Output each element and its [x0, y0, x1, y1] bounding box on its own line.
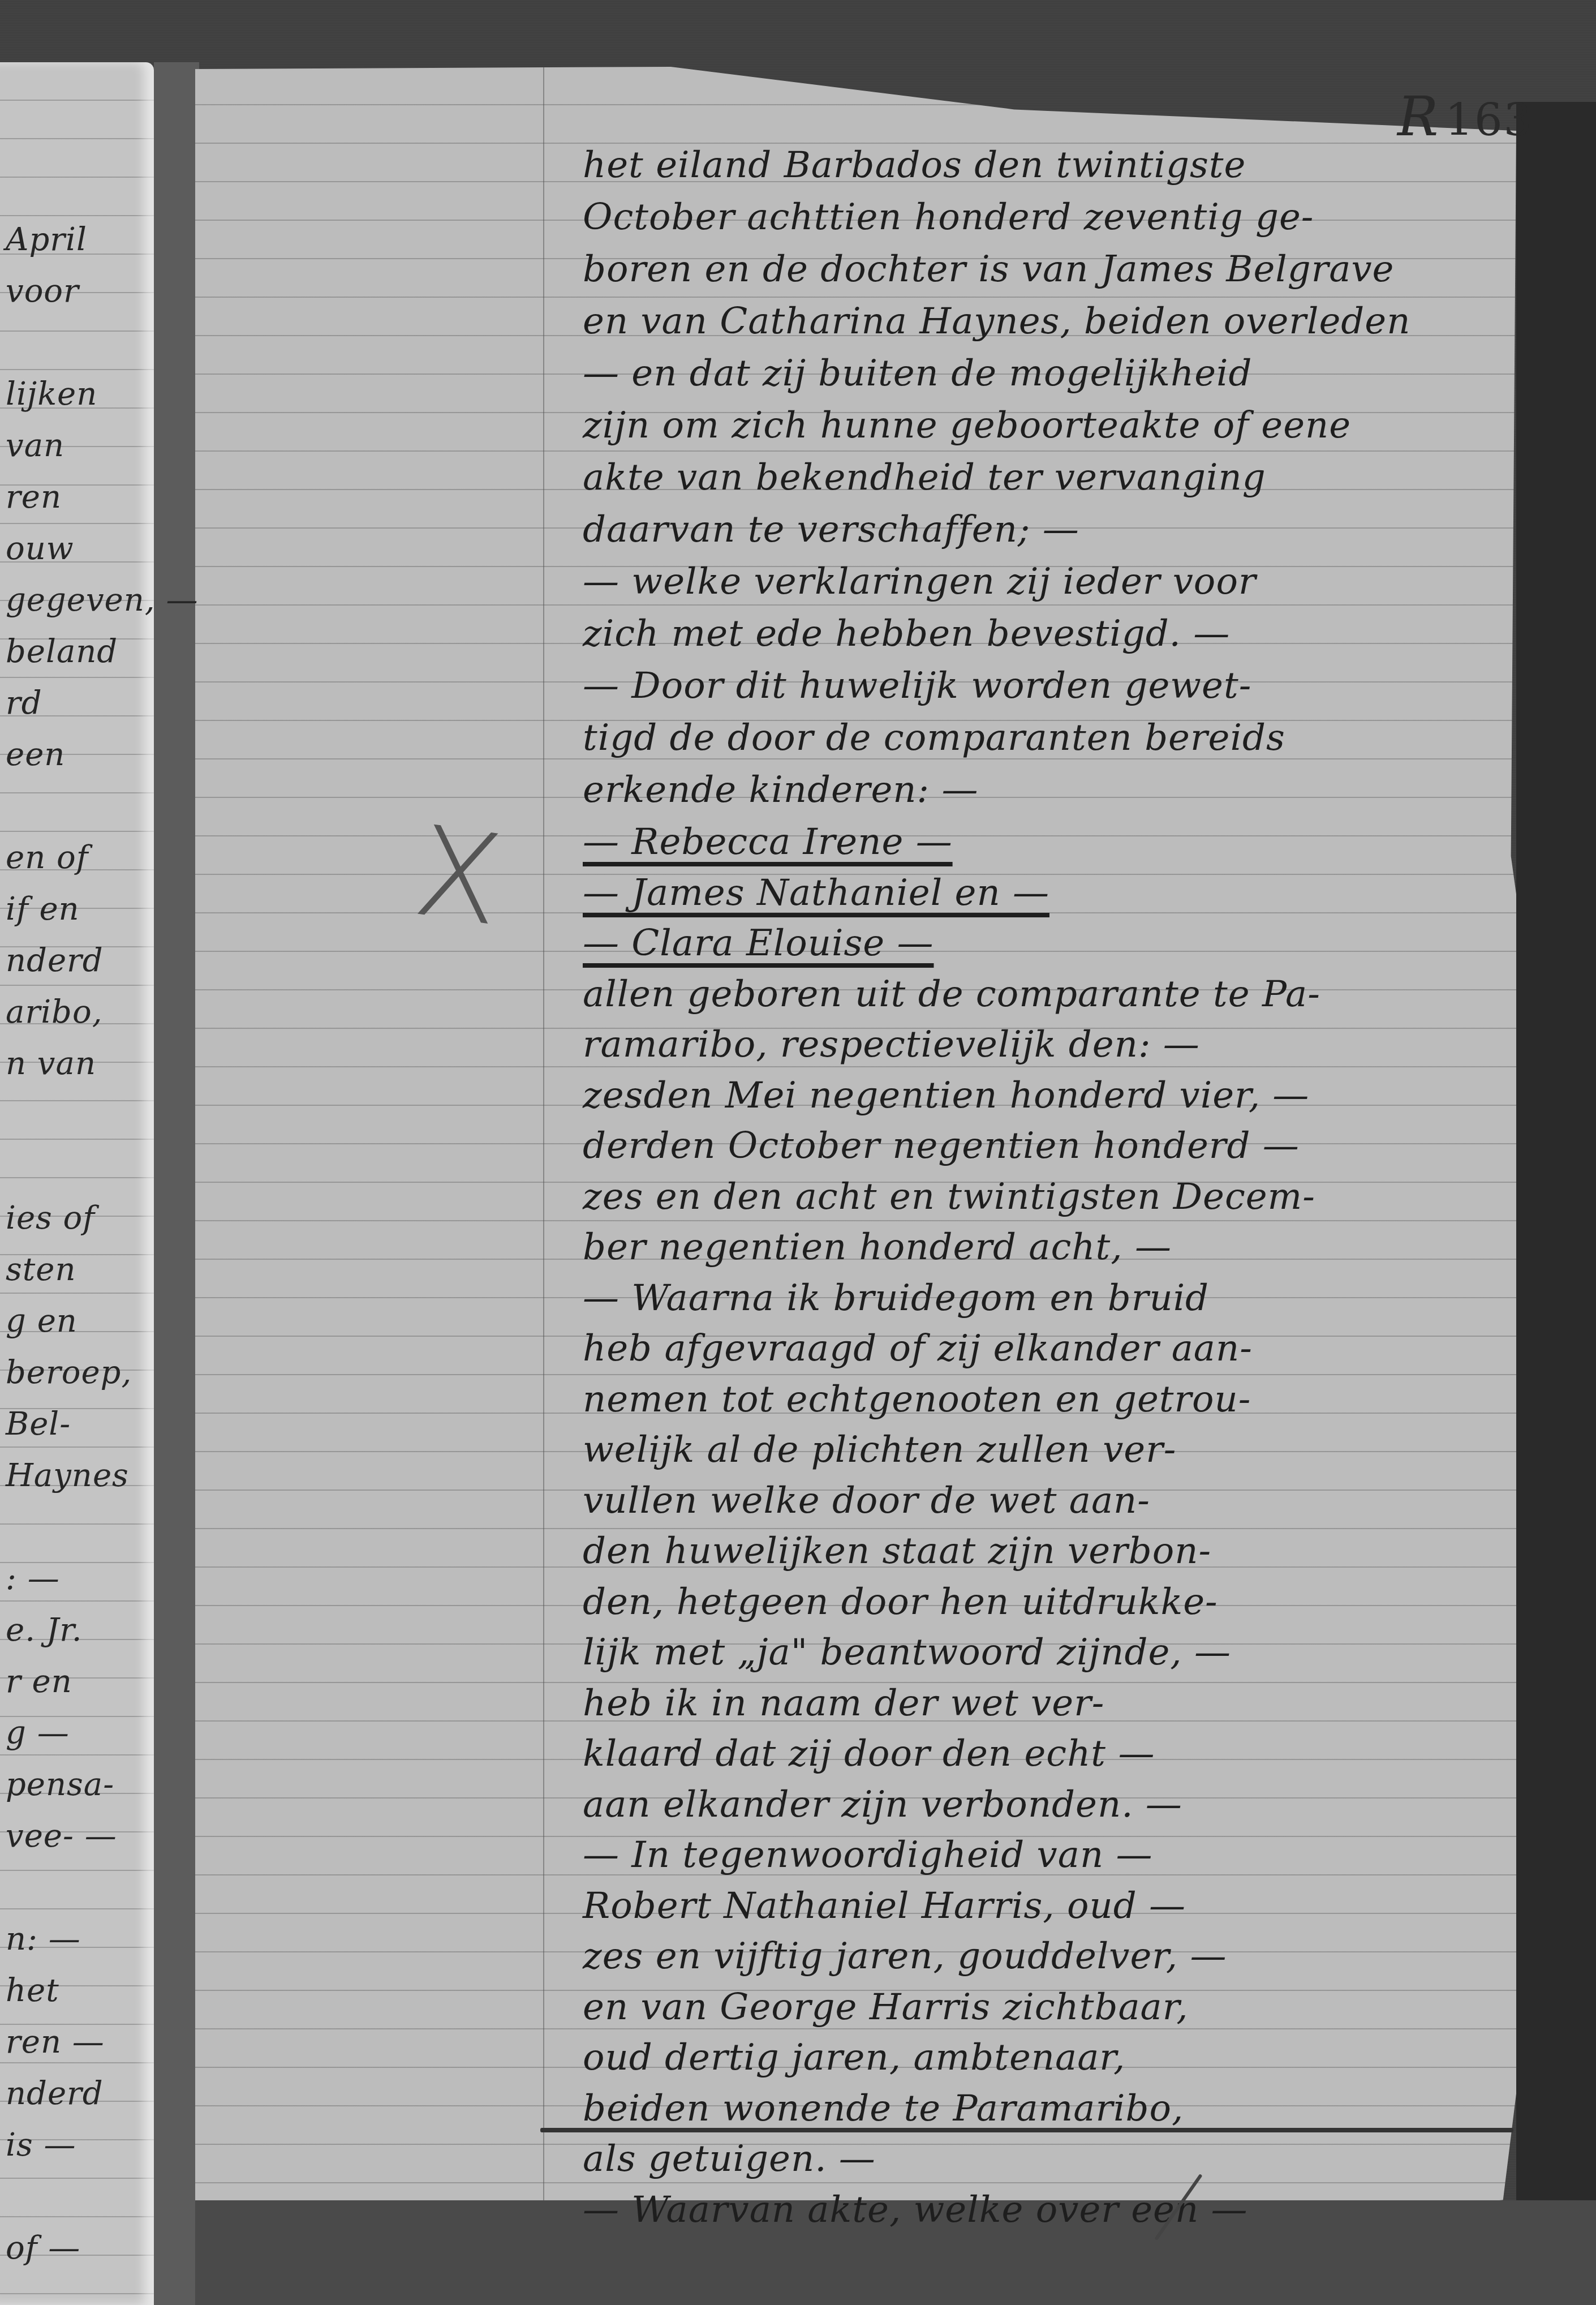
left-fragment-line: of —	[6, 2230, 80, 2267]
register-line: zes en den acht en twintigsten Decem-	[583, 1176, 1315, 1218]
register-line: als getuigen. —	[583, 2138, 876, 2180]
register-line: beiden wonende te Paramaribo,	[583, 2088, 1184, 2130]
left-fragment-line: ren	[6, 479, 62, 516]
left-fragment-line: g —	[6, 1715, 70, 1752]
left-fragment-line: gegeven, —	[6, 582, 198, 619]
register-line: allen geboren uit de comparante te Pa-	[583, 973, 1320, 1015]
register-line: — Waarvan akte, welke over een —	[583, 2189, 1248, 2231]
register-line: welijk al de plichten zullen ver-	[583, 1429, 1176, 1471]
register-line: — Waarna ik bruidegom en bruid	[583, 1277, 1209, 1319]
register-line: klaard dat zij door den echt —	[583, 1733, 1155, 1775]
register-line: lijk met „ja" beantwoord zijnde, —	[583, 1632, 1231, 1673]
left-fragment-line: beroep,	[6, 1354, 132, 1391]
margin-rule	[543, 67, 544, 2200]
left-fragment-line: ouw	[6, 530, 74, 567]
register-line: het eiland Barbados den twintigste	[583, 144, 1246, 186]
left-fragment-line: Haynes	[6, 1457, 129, 1494]
left-fragment-line: pensa-	[6, 1766, 114, 1803]
left-fragment-line: nderd	[6, 942, 104, 979]
register-line: den, hetgeen door hen uitdrukke-	[583, 1581, 1218, 1623]
left-fragment-line: en of	[6, 839, 88, 876]
register-line: — en dat zij buiten de mogelijkheid	[583, 353, 1253, 394]
page-number-value: 163	[1445, 95, 1533, 146]
register-line: — Door dit huwelijk worden gewet-	[583, 665, 1251, 707]
left-fragment-line: lijken	[6, 376, 97, 413]
register-line: heb afgevraagd of zij elkander aan-	[583, 1328, 1253, 1370]
register-line: ramaribo, respectievelijk den: —	[583, 1024, 1200, 1066]
register-line: oud dertig jaren, ambtenaar,	[583, 2037, 1125, 2079]
register-line: — welke verklaringen zij ieder voor	[583, 561, 1257, 603]
register-line: October achttien honderd zeventig ge-	[583, 196, 1314, 238]
left-fragment-line: g en	[6, 1303, 78, 1340]
left-fragment-line: n van	[6, 1045, 96, 1082]
register-line: vullen welke door de wet aan-	[583, 1480, 1150, 1522]
register-line: — Clara Elouise —	[583, 922, 934, 964]
left-fragment-line: ies of	[6, 1200, 95, 1237]
register-line: nemen tot echtgenooten en getrou-	[583, 1379, 1251, 1420]
end-of-entry-rule	[540, 2128, 1513, 2132]
register-line: heb ik in naam der wet ver-	[583, 1682, 1104, 1724]
register-line: en van George Harris zichtbaar,	[583, 1986, 1189, 2028]
scan-background-right	[1516, 102, 1596, 2207]
register-line: aan elkander zijn verbonden. —	[583, 1784, 1182, 1826]
left-fragment-line: rd	[6, 685, 42, 722]
register-line: ber negentien honderd acht, —	[583, 1226, 1172, 1268]
left-fragment-line: het	[6, 1972, 59, 2009]
register-line: Robert Nathaniel Harris, oud —	[583, 1885, 1186, 1927]
book-gutter	[154, 62, 199, 2305]
left-fragment-line: sten	[6, 1251, 76, 1288]
page-number: R163	[1397, 85, 1533, 148]
left-fragment-line: vee- —	[6, 1818, 117, 1855]
register-line: erkende kinderen: —	[583, 769, 978, 811]
left-fragment-line: e. Jr.	[6, 1612, 83, 1649]
left-fragment-line: aribo,	[6, 994, 102, 1031]
register-line: tigd de door de comparanten bereids	[583, 717, 1285, 759]
left-fragment-line: : —	[6, 1560, 60, 1597]
left-fragment-line: nderd	[6, 2075, 104, 2112]
left-fragment-line: van	[6, 427, 64, 464]
register-line: — James Nathaniel en —	[583, 872, 1049, 914]
left-fragment-line: beland	[6, 633, 118, 670]
register-line: zes en vijftig jaren, gouddelver, —	[583, 1935, 1227, 1977]
left-fragment-line: ren —	[6, 2024, 105, 2061]
register-line: — Rebecca Irene —	[583, 821, 953, 863]
register-line: en van Catharina Haynes, beiden overlede…	[583, 301, 1410, 342]
left-fragment-line: een	[6, 736, 65, 773]
register-line: zesden Mei negentien honderd vier, —	[583, 1075, 1309, 1117]
left-fragment-line: n: —	[6, 1921, 81, 1958]
register-line: akte van bekendheid ter vervanging	[583, 457, 1266, 499]
left-fragment-line: is —	[6, 2127, 76, 2164]
left-fragment-line: voor	[6, 273, 79, 310]
register-line: derden October negentien honderd —	[583, 1125, 1300, 1167]
page-number-prefix: R	[1397, 85, 1439, 148]
left-fragment-line: April	[6, 221, 87, 258]
left-fragment-line: if en	[6, 891, 80, 928]
register-line: daarvan te verschaffen; —	[583, 509, 1079, 551]
register-line: den huwelijken staat zijn verbon-	[583, 1530, 1211, 1572]
register-line: — In tegenwoordigheid van —	[583, 1834, 1152, 1876]
left-fragment-line: r en	[6, 1663, 72, 1700]
register-line: zijn om zich hunne geboorteakte of eene	[583, 405, 1351, 447]
register-line: boren en de dochter is van James Belgrav…	[583, 248, 1394, 290]
register-line: zich met ede hebben bevestigd. —	[583, 613, 1230, 655]
left-fragment-line: Bel-	[6, 1406, 71, 1443]
